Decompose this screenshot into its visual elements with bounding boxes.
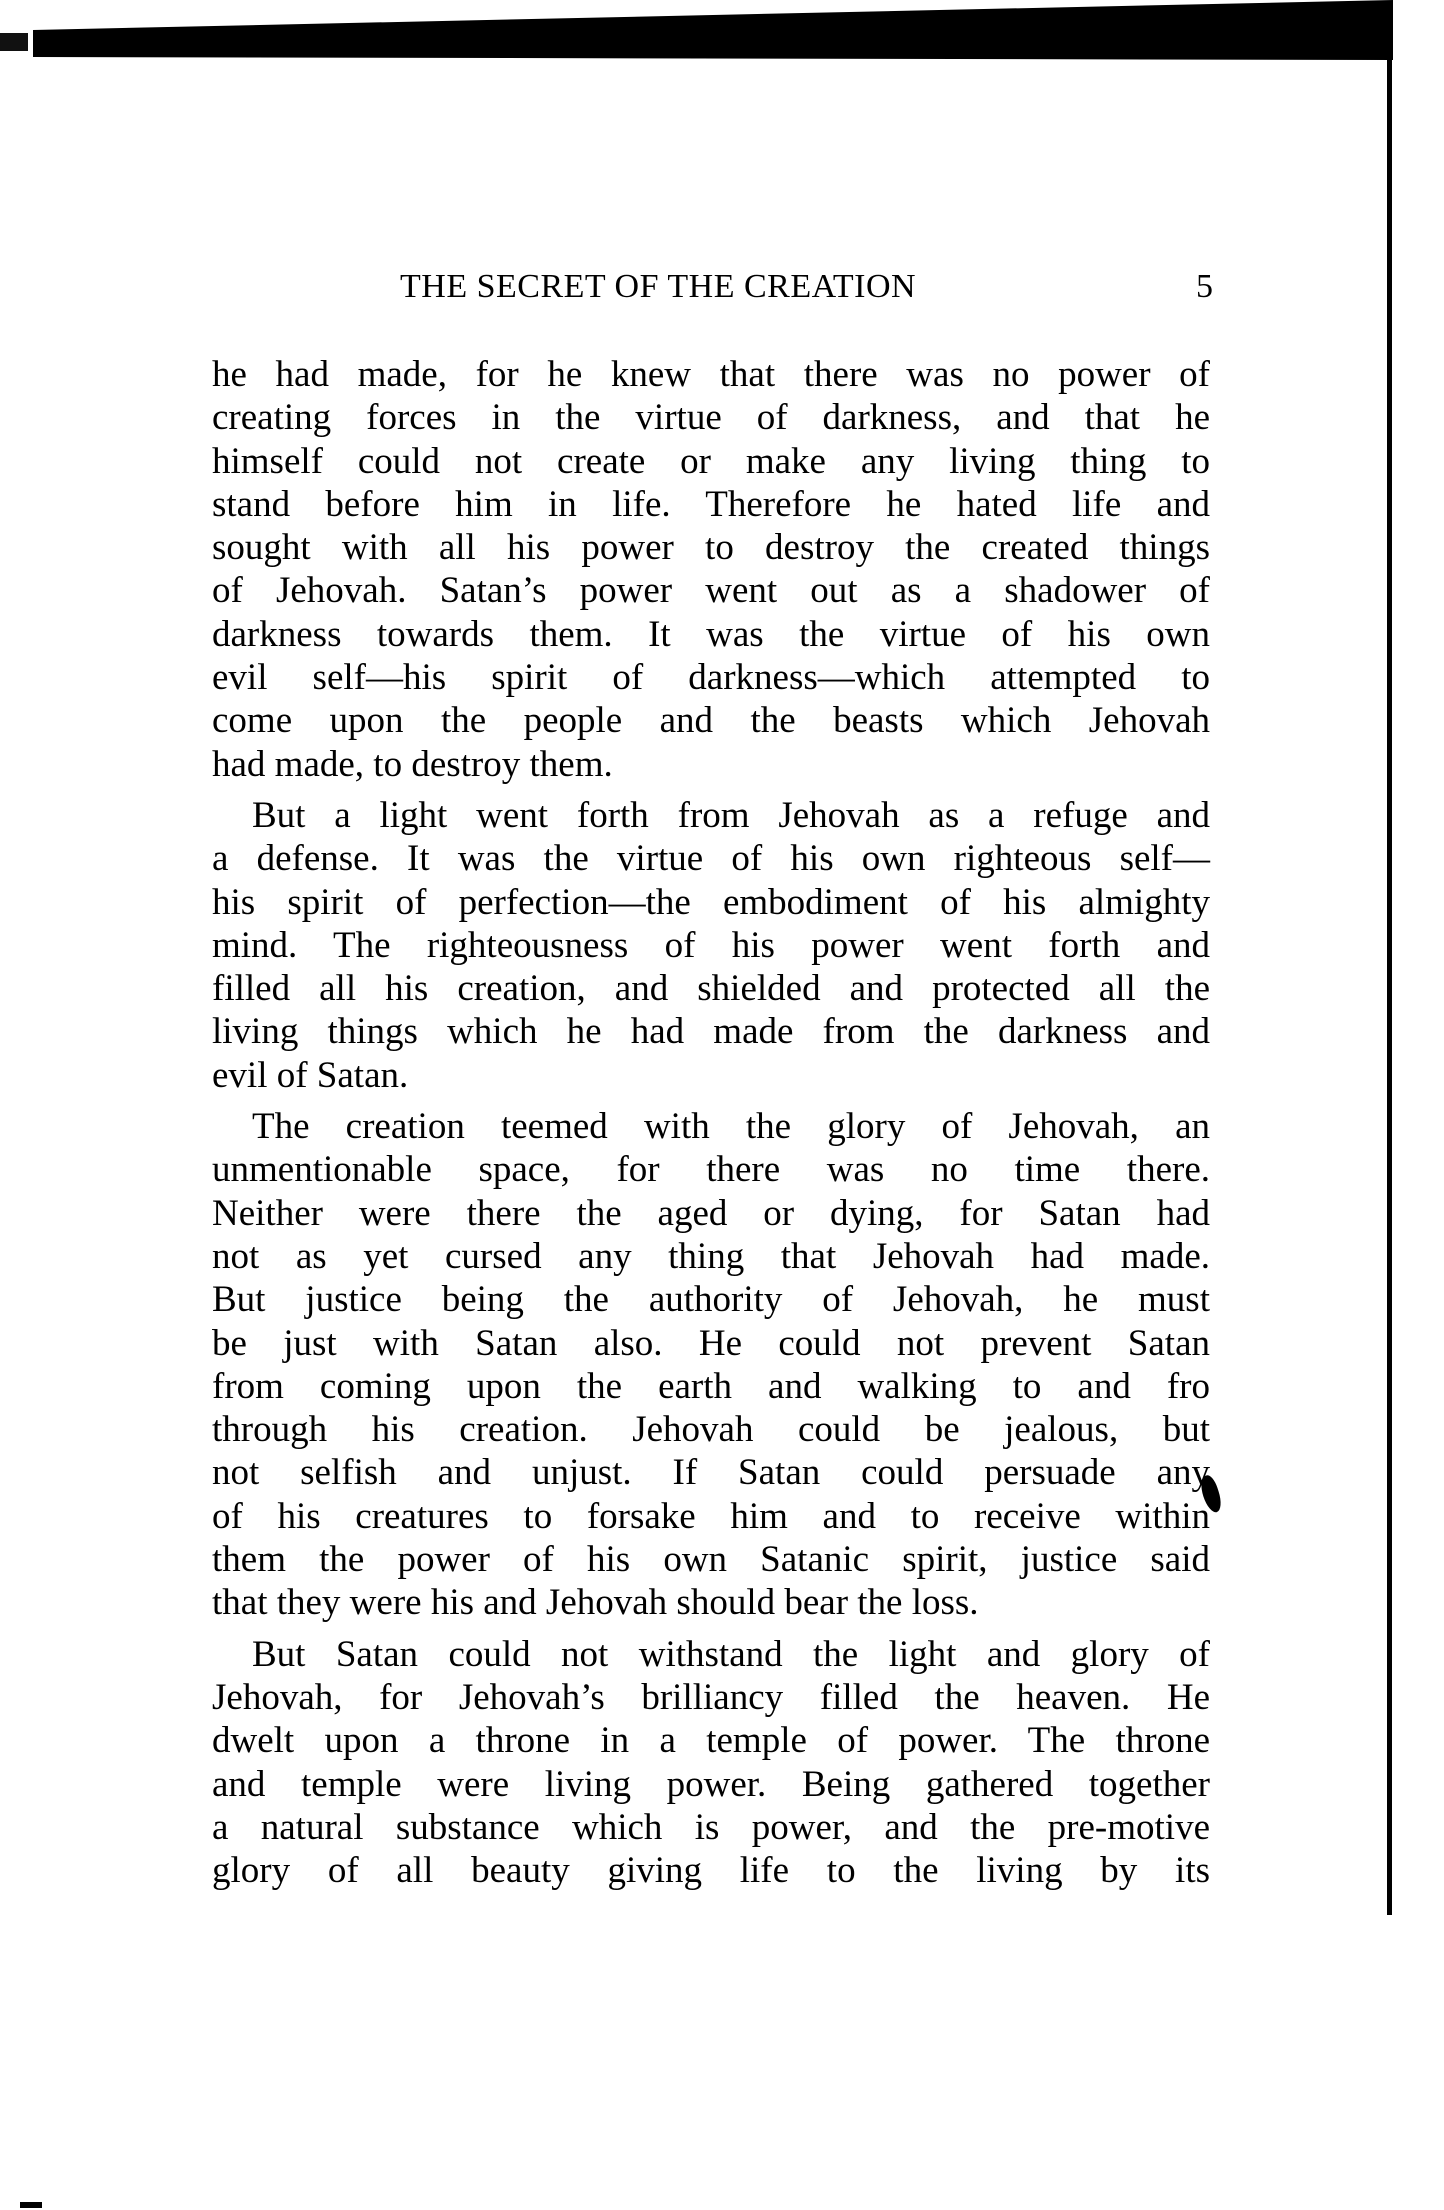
- page-body: he had made, for he knew that there was …: [212, 353, 1210, 1892]
- text-line: Jehovah, for Jehovah’s brilliancy filled…: [212, 1676, 1210, 1719]
- scan-top-edge-shadow: [33, 0, 1393, 60]
- running-title: THE SECRET OF THE CREATION: [400, 268, 916, 306]
- scan-artifact-mark: [20, 2202, 42, 2208]
- text-line: unmentionable space, for there was no ti…: [212, 1148, 1210, 1191]
- text-line: come upon the people and the beasts whic…: [212, 699, 1210, 742]
- paragraph-4: But Satan could not withstand the light …: [212, 1633, 1210, 1893]
- text-line: evil of Satan.: [212, 1054, 1210, 1097]
- text-line: The creation teemed with the glory of Je…: [212, 1105, 1210, 1148]
- paragraph-2: But a light went forth from Jehovah as a…: [212, 794, 1210, 1097]
- text-line: himself could not create or make any liv…: [212, 440, 1210, 483]
- text-line: not as yet cursed any thing that Jehovah…: [212, 1235, 1210, 1278]
- text-line: through his creation. Jehovah could be j…: [212, 1408, 1210, 1451]
- text-line: of his creatures to forsake him and to r…: [212, 1495, 1210, 1538]
- text-line: darkness towards them. It was the virtue…: [212, 613, 1210, 656]
- text-line: living things which he had made from the…: [212, 1010, 1210, 1053]
- paragraph-3: The creation teemed with the glory of Je…: [212, 1105, 1210, 1625]
- text-line: a defense. It was the virtue of his own …: [212, 837, 1210, 880]
- text-line: that they were his and Jehovah should be…: [212, 1581, 1210, 1624]
- text-line: But Satan could not withstand the light …: [212, 1633, 1210, 1676]
- text-line: sought with all his power to destroy the…: [212, 526, 1210, 569]
- text-line: be just with Satan also. He could not pr…: [212, 1322, 1210, 1365]
- text-line: But a light went forth from Jehovah as a…: [212, 794, 1210, 837]
- text-line: had made, to destroy them.: [212, 743, 1210, 786]
- text-line: his spirit of perfection—the embodiment …: [212, 881, 1210, 924]
- text-line: glory of all beauty giving life to the l…: [212, 1849, 1210, 1892]
- scan-right-edge-shadow: [1387, 50, 1392, 1915]
- scan-artifact-patch: [0, 33, 28, 51]
- text-line: not selfish and unjust. If Satan could p…: [212, 1451, 1210, 1494]
- text-line: stand before him in life. Therefore he h…: [212, 483, 1210, 526]
- text-line: mind. The righteousness of his power wen…: [212, 924, 1210, 967]
- text-line: from coming upon the earth and walking t…: [212, 1365, 1210, 1408]
- text-line: creating forces in the virtue of darknes…: [212, 396, 1210, 439]
- text-line: a natural substance which is power, and …: [212, 1806, 1210, 1849]
- page-number: 5: [1196, 268, 1213, 306]
- text-line: of Jehovah. Satan’s power went out as a …: [212, 569, 1210, 612]
- text-line: filled all his creation, and shielded an…: [212, 967, 1210, 1010]
- text-line: he had made, for he knew that there was …: [212, 353, 1210, 396]
- text-line: evil self—his spirit of darkness—which a…: [212, 656, 1210, 699]
- text-line: dwelt upon a throne in a temple of power…: [212, 1719, 1210, 1762]
- text-line: them the power of his own Satanic spirit…: [212, 1538, 1210, 1581]
- text-line: Neither were there the aged or dying, fo…: [212, 1192, 1210, 1235]
- text-line: and temple were living power. Being gath…: [212, 1763, 1210, 1806]
- paragraph-1: he had made, for he knew that there was …: [212, 353, 1210, 786]
- text-line: But justice being the authority of Jehov…: [212, 1278, 1210, 1321]
